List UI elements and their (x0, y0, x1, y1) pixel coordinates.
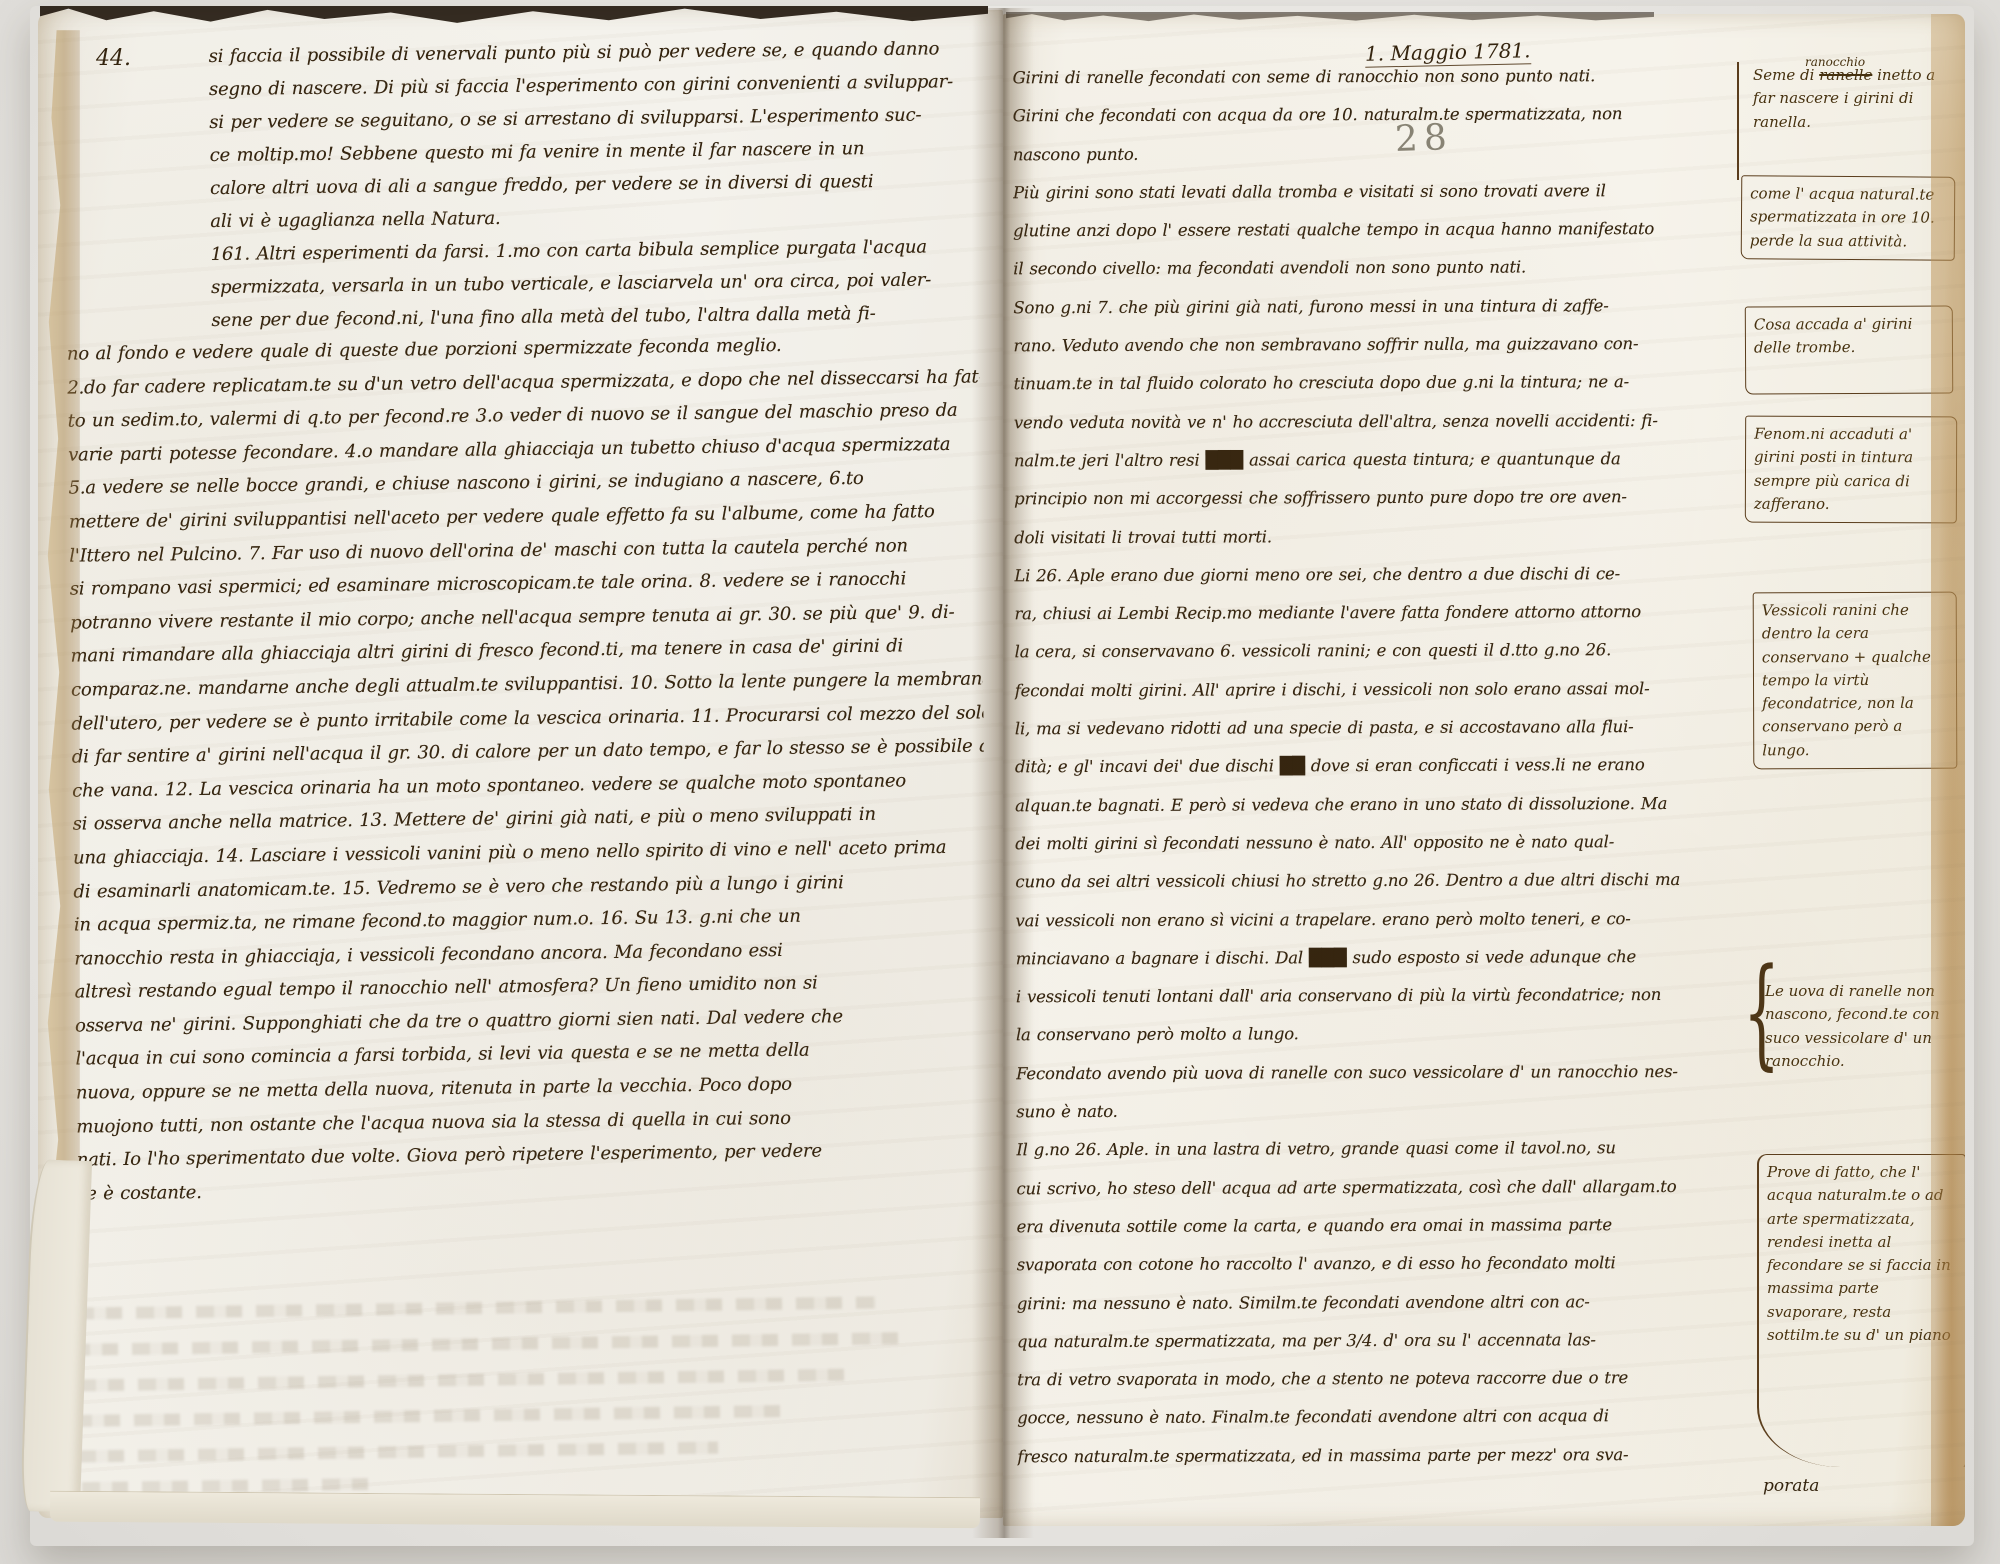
right-main-text-block: Girini di ranelle fecondati con seme di … (1013, 57, 1746, 1477)
margin-note-2: come l' acqua natural.te spermatizzata i… (1741, 175, 1956, 260)
manuscript-line: Girini di ranelle fecondati con seme di … (1013, 57, 1741, 98)
manuscript-line: principio non mi accorgessi che soffriss… (1014, 478, 1742, 519)
margin-brace-icon: { (1743, 952, 1780, 1072)
manuscript-line: glutine anzi dopo l' essere restati qual… (1013, 210, 1741, 251)
manuscript-line: i vessicoli tenuti lontani dall' aria co… (1016, 976, 1744, 1017)
manuscript-line: cui scrivo, ho steso dell' acqua ad arte… (1016, 1167, 1744, 1208)
manuscript-line: girini: ma nessuno è nato. Similm.te fec… (1017, 1282, 1745, 1323)
manuscript-line: il secondo civello: ma fecondati avendol… (1013, 248, 1741, 289)
manuscript-line: alquan.te bagnati. E però si vedeva che … (1015, 784, 1743, 825)
left-page-number: 44. (96, 46, 131, 71)
bleedthrough-line (74, 1405, 784, 1427)
margin-note-1: Seme di ranelleranocchio inetto a far na… (1745, 58, 1965, 140)
manuscript-line: nascono punto. (1013, 133, 1741, 174)
manuscript-line: cuno da sei altri vessicoli chiusi ho st… (1015, 861, 1743, 902)
bleedthrough-line (72, 1332, 902, 1356)
manuscript-line: la conservano però molto a lungo. (1016, 1014, 1744, 1055)
manuscript-line: gocce, nessuno è nato. Finalm.te feconda… (1017, 1397, 1745, 1438)
manuscript-line: Sono g.ni 7. che più girini già nati, fu… (1013, 287, 1741, 328)
manuscript-line: Fecondato avendo più uova di ranelle con… (1016, 1052, 1744, 1093)
manuscript-line: minciavano a bagnare i dischi. Dal ███ s… (1016, 938, 1744, 979)
margin-note-4: Fenom.ni accaduti a' girini posti in tin… (1745, 416, 1957, 524)
manuscript-line: li, ma si vedevano ridotti ad una specie… (1015, 708, 1743, 749)
margin-note-3: Cosa accada a' girini delle trombe. (1745, 305, 1953, 394)
bleedthrough-line (76, 1296, 876, 1319)
manuscript-line: rano. Veduto avendo che non sembravano s… (1013, 325, 1741, 366)
margin-note-1-inserted-word: ranocchio (1805, 53, 1865, 72)
manuscript-line: fecondai molti girini. All' aprire i dis… (1015, 669, 1743, 710)
page-stack-edge-bottom (50, 1491, 980, 1528)
manuscript-line: ra, chiusi ai Lembi Recip.mo mediante l'… (1014, 593, 1742, 634)
left-paragraph-block-2: no al fondo e vedere quale di queste due… (67, 326, 990, 1211)
manuscript-line: era divenuta sottile come la carta, e qu… (1017, 1206, 1745, 1247)
manuscript-line: tra di vetro svaporata in modo, che a st… (1017, 1359, 1745, 1400)
left-paragraph-block-1: si faccia il possibile di venervali punt… (208, 32, 983, 337)
manuscript-line: doli visitati li trovai tutti morti. (1014, 516, 1742, 557)
bleedthrough-line (78, 1369, 858, 1392)
manuscript-line: Il g.no 26. Aple. in una lastra di vetro… (1016, 1129, 1744, 1170)
manuscript-line: svaporata con cotone ho raccolto l' avan… (1017, 1244, 1745, 1285)
manuscript-line: suno è nato. (1016, 1091, 1744, 1132)
catchword: porata (1763, 1476, 1819, 1496)
manuscript-page-left: 44. si faccia il possibile di venervali … (38, 10, 1003, 1518)
manuscript-line: vendo veduta novità ve n' ho accresciuta… (1014, 401, 1742, 442)
manuscript-line: dità; e gl' incavi dei' due dischi ██ do… (1015, 746, 1743, 787)
manuscript-line: Li 26. Aple erano due giorni meno ore se… (1014, 555, 1742, 596)
manuscript-line: tinuam.te in tal fluido colorato ho cres… (1014, 363, 1742, 404)
manuscript-line: la cera, si conservavano 6. vessicoli ra… (1015, 631, 1743, 672)
manuscript-line: Più girini sono stati levati dalla tromb… (1013, 172, 1741, 213)
manuscript-page-right: 1. Maggio 1781. 28 Girini di ranelle fec… (1003, 14, 1965, 1526)
manuscript-line: vai vessicoli non erano sì vicini a trap… (1015, 899, 1743, 940)
manuscript-line: nalm.te jeri l'altro resi ███ assai cari… (1014, 440, 1742, 481)
bleedthrough-line (78, 1442, 718, 1463)
manuscript-line: Girini che fecondati con acqua da ore 10… (1013, 95, 1741, 136)
margin-note-5: Vessicoli ranini che dentro la cera cons… (1753, 592, 1958, 769)
manuscript-line: qua naturalm.te spermatizzata, ma per 3/… (1017, 1321, 1745, 1362)
manuscript-line: dei molti girini sì fecondati nessuno è … (1015, 823, 1743, 864)
manuscript-line: fresco naturalm.te spermatizzata, ed in … (1017, 1435, 1745, 1476)
margin-note-7: Prove di fatto, che l' acqua naturalm.te… (1757, 1154, 1965, 1467)
margin-note-6: { Le uova di ranelle non nascono, fecond… (1757, 974, 1965, 1079)
margin-note-6-text: Le uova di ranelle non nascono, fecond.t… (1765, 982, 1940, 1070)
